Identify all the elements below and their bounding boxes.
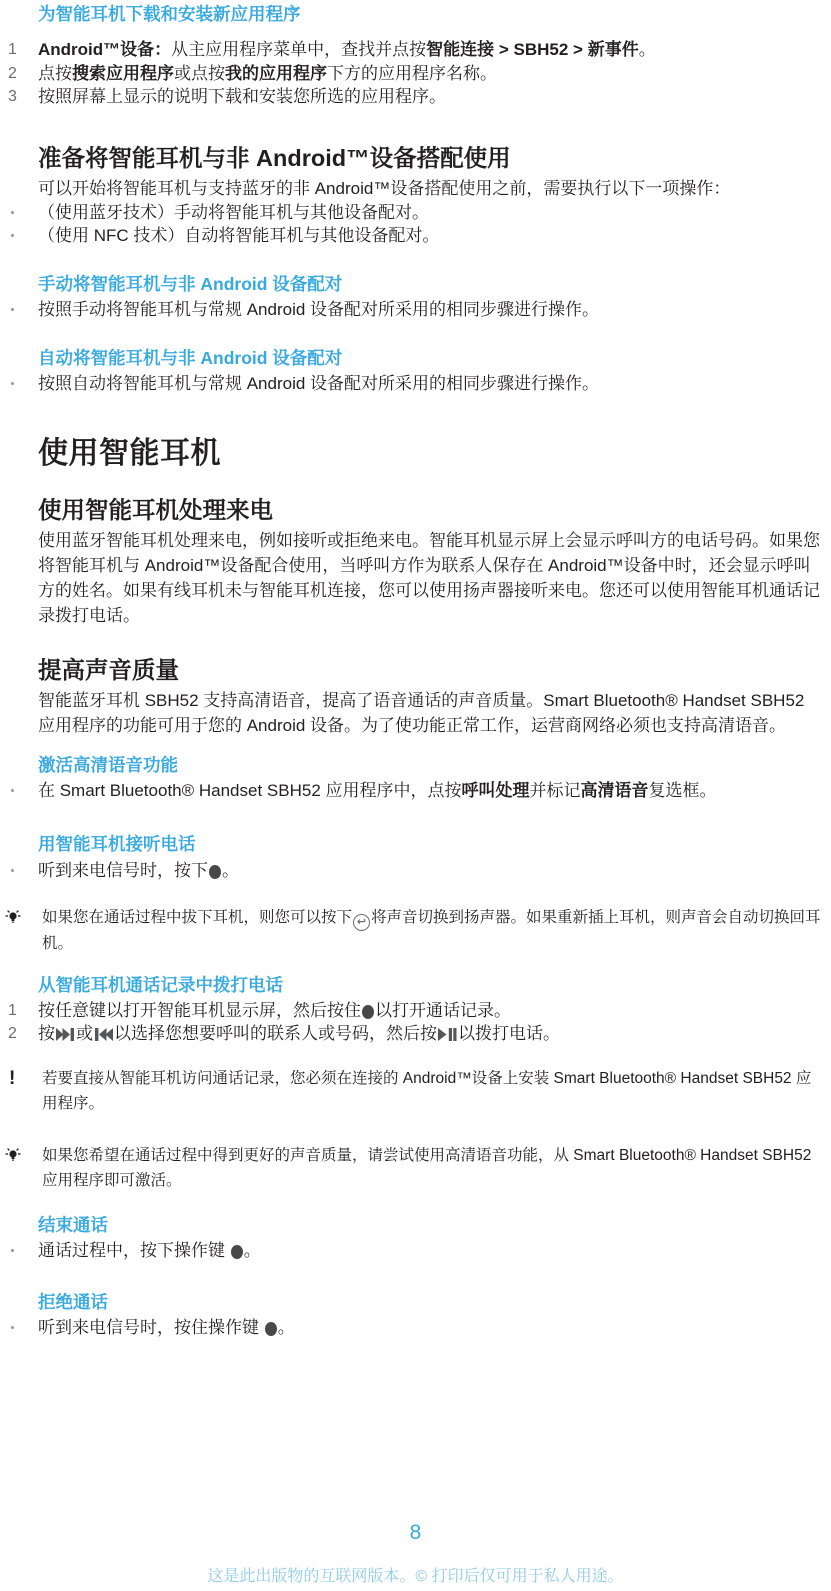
- call-log-steps-list: 1 按任意键以打开智能耳机显示屏，然后按住以打开通话记录。 2 按或以选择您想要…: [38, 999, 821, 1048]
- text: 按: [38, 1024, 55, 1043]
- tip-note: 如果您在通话过程中拔下耳机，则您可以按下↩将声音切换到扬声器。如果重新插上耳机，…: [42, 905, 821, 956]
- bullet-dot: [11, 1249, 14, 1252]
- action-key-icon: [209, 865, 221, 879]
- bullet-dot: [11, 382, 14, 385]
- step-number: 3: [8, 85, 17, 109]
- step-number: 2: [8, 62, 17, 86]
- ordered-step: 1 按任意键以打开智能耳机显示屏，然后按住以打开通话记录。: [38, 999, 821, 1023]
- ordered-step: 1 Android™设备：从主应用程序菜单中，查找并点按智能连接 > SBH52…: [38, 38, 821, 62]
- ordered-step: 2 点按搜索应用程序或点按我的应用程序下方的应用程序名称。: [38, 62, 821, 86]
- text: 以拨打电话。: [458, 1024, 560, 1043]
- section-title-prepare-non-android: 准备将智能耳机与非 Android™设备搭配使用: [38, 142, 821, 174]
- text: 听到来电信号时，按住操作键: [38, 1318, 264, 1337]
- text: 下方的应用程序名称。: [327, 64, 497, 83]
- footer-legal-text: 这是此出版物的互联网版本。© 打印后仅可用于私人用途。: [0, 1563, 831, 1586]
- bullet-text: 按照自动将智能耳机与常规 Android 设备配对所采用的相同步骤进行操作。: [38, 374, 599, 393]
- text: 或点按: [174, 64, 225, 83]
- tip-text: 如果您希望在通话过程中得到更好的声音质量，请尝试使用高清语音功能，从 Smart…: [42, 1147, 811, 1189]
- text: 点按: [38, 64, 72, 83]
- previous-track-icon: [94, 1026, 113, 1045]
- text: 。: [244, 1241, 261, 1260]
- subsection-title-reject-call: 拒绝通话: [38, 1291, 821, 1313]
- page-content: 为智能耳机下载和安装新应用程序 1 Android™设备：从主应用程序菜单中，查…: [38, 0, 821, 1340]
- bold-text: 呼叫处理: [462, 781, 530, 800]
- text: 在 Smart Bluetooth® Handset SBH52 应用程序中，点…: [38, 781, 462, 800]
- step-number: 2: [8, 1022, 17, 1046]
- action-key-icon: [231, 1245, 243, 1259]
- subsection-title-hd-voice: 激活高清语音功能: [38, 754, 821, 776]
- tip-text: 如果您在通话过程中拔下耳机，则您可以按下↩将声音切换到扬声器。如果重新插上耳机，…: [42, 909, 821, 952]
- prepare-intro-paragraph: 可以开始将智能耳机与支持蓝牙的非 Android™设备搭配使用之前，需要执行以下…: [38, 176, 821, 201]
- audio-switch-key-icon: ↩: [353, 914, 370, 931]
- subsection-title-download-apps: 为智能耳机下载和安装新应用程序: [38, 3, 821, 25]
- text: 复选框。: [649, 781, 717, 800]
- step-text: 按照屏幕上显示的说明下载和安装您所选的应用程序。: [38, 87, 446, 106]
- text: 以打开通话记录。: [375, 1001, 511, 1020]
- bullet-item: 听到来电信号时，按住操作键 。: [38, 1316, 821, 1340]
- text: 。: [639, 40, 656, 59]
- text: 并标记: [530, 781, 581, 800]
- bullet-dot: [11, 234, 14, 237]
- bullet-text: 按照手动将智能耳机与常规 Android 设备配对所采用的相同步骤进行操作。: [38, 300, 599, 319]
- download-steps-list: 1 Android™设备：从主应用程序菜单中，查找并点按智能连接 > SBH52…: [38, 38, 821, 109]
- chapter-title-using-handset: 使用智能耳机: [38, 434, 821, 474]
- text: 以选择您想要呼叫的联系人或号码，然后按: [114, 1024, 437, 1043]
- section-title-sound-quality: 提高声音质量: [38, 654, 821, 686]
- page-number: 8: [0, 1521, 831, 1545]
- bullet-item: （使用蓝牙技术）手动将智能耳机与其他设备配对。: [38, 201, 821, 225]
- subsection-title-call-log: 从智能耳机通话记录中拨打电话: [38, 974, 821, 996]
- bullet-text: 听到来电信号时，按下。: [38, 861, 239, 880]
- lightbulb-icon: [5, 908, 21, 934]
- subsection-title-auto-pairing: 自动将智能耳机与非 Android 设备配对: [38, 347, 821, 369]
- next-track-icon: [56, 1026, 75, 1045]
- bold-text: Android™设备：: [38, 40, 171, 59]
- ordered-step: 3 按照屏幕上显示的说明下载和安装您所选的应用程序。: [38, 85, 821, 109]
- bold-text: 高清语音: [581, 781, 649, 800]
- play-pause-icon: [438, 1026, 457, 1045]
- bullet-item: （使用 NFC 技术）自动将智能耳机与其他设备配对。: [38, 224, 821, 248]
- action-key-icon: [265, 1322, 277, 1336]
- exclamation-icon: !: [9, 1066, 15, 1091]
- ordered-step: 2 按或以选择您想要呼叫的联系人或号码，然后按以拨打电话。: [38, 1022, 821, 1048]
- text: 按任意键以打开智能耳机显示屏，然后按住: [38, 1001, 361, 1020]
- text: 。: [222, 861, 239, 880]
- bullet-dot: [11, 1326, 14, 1329]
- bullet-dot: [11, 869, 14, 872]
- text: 通话过程中，按下操作键: [38, 1241, 230, 1260]
- bullet-text: 在 Smart Bluetooth® Handset SBH52 应用程序中，点…: [38, 781, 717, 800]
- handle-calls-paragraph: 使用蓝牙智能耳机处理来电，例如接听或拒绝来电。智能耳机显示屏上会显示呼叫方的电话…: [38, 528, 821, 628]
- bullet-item: 按照自动将智能耳机与常规 Android 设备配对所采用的相同步骤进行操作。: [38, 372, 821, 396]
- bullet-item: 在 Smart Bluetooth® Handset SBH52 应用程序中，点…: [38, 779, 821, 803]
- bullet-text: （使用 NFC 技术）自动将智能耳机与其他设备配对。: [38, 226, 439, 245]
- bullet-dot: [11, 789, 14, 792]
- section-title-handle-calls: 使用智能耳机处理来电: [38, 494, 821, 526]
- sound-quality-paragraph: 智能蓝牙耳机 SBH52 支持高清语音，提高了语音通话的声音质量。Smart B…: [38, 688, 821, 738]
- step-number: 1: [8, 999, 17, 1023]
- text: 从主应用程序菜单中，查找并点按: [171, 40, 426, 59]
- bullet-item: 通话过程中，按下操作键 。: [38, 1239, 821, 1263]
- text: 如果您在通话过程中拔下耳机，则您可以按下: [42, 909, 352, 926]
- bullet-item: 按照手动将智能耳机与常规 Android 设备配对所采用的相同步骤进行操作。: [38, 298, 821, 322]
- text: 。: [278, 1318, 295, 1337]
- bullet-text: 通话过程中，按下操作键 。: [38, 1241, 261, 1260]
- bold-text: 我的应用程序: [225, 64, 327, 83]
- warning-text: 若要直接从智能耳机访问通话记录，您必须在连接的 Android™设备上安装 Sm…: [42, 1070, 811, 1112]
- bullet-text: 听到来电信号时，按住操作键 。: [38, 1318, 295, 1337]
- step-text: Android™设备：从主应用程序菜单中，查找并点按智能连接 > SBH52 >…: [38, 40, 656, 59]
- lightbulb-icon: [5, 1146, 21, 1172]
- action-key-icon: [362, 1005, 374, 1019]
- step-text: 按或以选择您想要呼叫的联系人或号码，然后按以拨打电话。: [38, 1024, 560, 1043]
- subsection-title-end-call: 结束通话: [38, 1214, 821, 1236]
- tip-note: 如果您希望在通话过程中得到更好的声音质量，请尝试使用高清语音功能，从 Smart…: [42, 1143, 821, 1193]
- step-number: 1: [8, 38, 17, 62]
- step-text: 点按搜索应用程序或点按我的应用程序下方的应用程序名称。: [38, 64, 497, 83]
- bullet-item: 听到来电信号时，按下。: [38, 859, 821, 883]
- step-text: 按任意键以打开智能耳机显示屏，然后按住以打开通话记录。: [38, 1001, 511, 1020]
- subsection-title-manual-pairing: 手动将智能耳机与非 Android 设备配对: [38, 273, 821, 295]
- text: 或: [76, 1024, 93, 1043]
- subsection-title-answer-call: 用智能耳机接听电话: [38, 833, 821, 855]
- bullet-text: （使用蓝牙技术）手动将智能耳机与其他设备配对。: [38, 203, 429, 222]
- bullet-dot: [11, 211, 14, 214]
- text: 听到来电信号时，按下: [38, 861, 208, 880]
- bold-text: 智能连接 > SBH52 > 新事件: [426, 40, 639, 59]
- warning-note: ! 若要直接从智能耳机访问通话记录，您必须在连接的 Android™设备上安装 …: [42, 1066, 821, 1116]
- bullet-dot: [11, 308, 14, 311]
- bold-text: 搜索应用程序: [72, 64, 174, 83]
